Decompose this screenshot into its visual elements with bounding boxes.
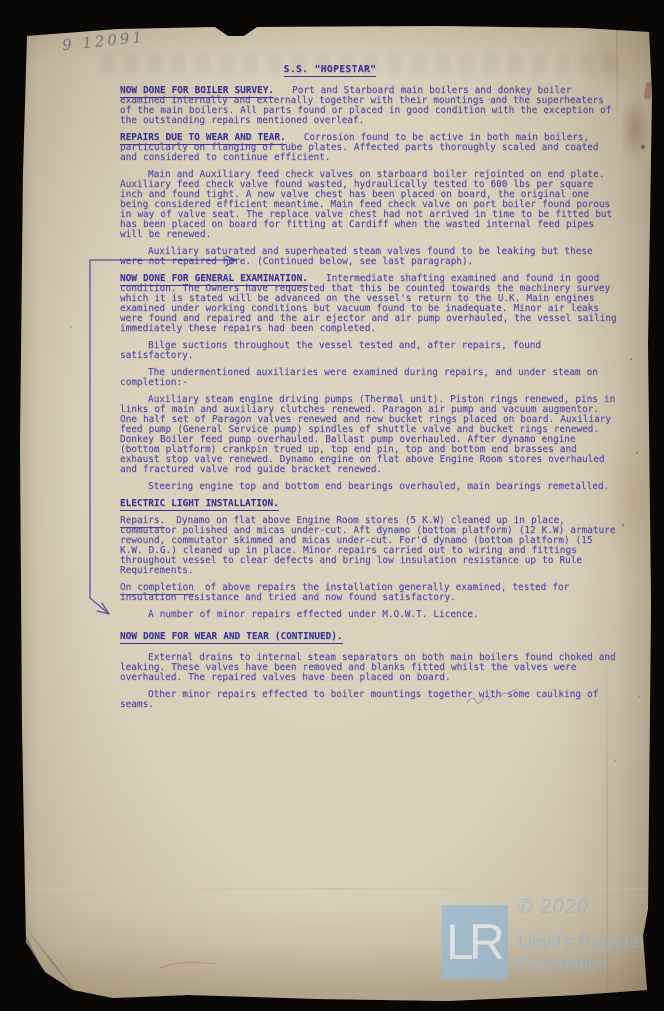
paragraph-text: Auxiliary saturated and superheated stea… <box>120 246 593 267</box>
paragraph-text: Auxiliary steam engine driving pumps (Th… <box>120 394 615 475</box>
paragraph-boiler-survey: NOW DONE FOR BOILER SURVEY. Port and Sta… <box>120 86 620 126</box>
paragraph-text: Other minor repairs effected to boiler m… <box>120 689 598 710</box>
paragraph-text: A number of minor repairs effected under… <box>148 609 479 620</box>
heading-electric-light: ELECTRIC LIGHT INSTALLATION. <box>120 499 620 509</box>
crease <box>18 888 652 890</box>
handwritten-reference: 9 12091 <box>61 28 145 55</box>
ship-name: S.S. "HOPESTAR" <box>284 64 377 77</box>
paragraph-text: Intermediate shafting examined and found… <box>120 273 617 334</box>
red-pencil-mark <box>160 962 215 968</box>
watermark-organisation: Lloyd's Register Foundation <box>518 932 664 975</box>
paper-specks <box>18 24 20 26</box>
paragraph-steering-engine: Steering engine top and bottom end beari… <box>120 482 620 492</box>
paragraph-electric-repairs: Repairs. Dynamo on flat above Engine Roo… <box>120 516 620 576</box>
paragraph-repairs-wear-tear: REPAIRS DUE TO WEAR AND TEAR. Corrosion … <box>120 133 620 163</box>
paragraph-on-completion: On completion of above repairs the insta… <box>120 583 620 603</box>
paragraph-bilge-suctions: Bilge suctions throughout the vessel tes… <box>120 341 620 361</box>
paragraph-auxiliaries-intro: The undermentioned auxiliaries were exam… <box>120 368 620 388</box>
lloyds-register-logo: LR <box>442 905 508 979</box>
paragraph-text: The undermentioned auxiliaries were exam… <box>120 367 598 388</box>
crease <box>10 907 56 998</box>
paragraph-external-drains: External drains to internal steam separa… <box>120 653 620 683</box>
paragraph-text: External drains to internal steam separa… <box>120 652 616 683</box>
document-page: 9 12091 S.S. "HOPESTAR" NOW DONE FOR BOI… <box>18 24 652 1003</box>
section-heading: NOW DONE FOR WEAR AND TEAR (CONTINUED). <box>120 631 343 644</box>
paragraph-other-minor-repairs: Other minor repairs effected to boiler m… <box>120 690 620 710</box>
paragraph-mowt-licence: A number of minor repairs effected under… <box>120 610 620 620</box>
watermark-copyright: © 2020 <box>518 896 589 919</box>
stain <box>618 94 652 164</box>
paragraph-text: Bilge suctions throughout the vessel tes… <box>120 340 541 361</box>
heading-wear-tear-continued: NOW DONE FOR WEAR AND TEAR (CONTINUED). <box>120 632 620 642</box>
page-title: S.S. "HOPESTAR" <box>120 64 540 75</box>
lr-logo-letters: LR <box>446 913 500 971</box>
document-body: NOW DONE FOR BOILER SURVEY. Port and Sta… <box>120 86 620 717</box>
photo-backdrop: { "annotations": { "handwritten_ref": "9… <box>0 0 664 1011</box>
section-heading: ELECTRIC LIGHT INSTALLATION. <box>120 498 279 511</box>
watermark-org-line1: Lloyd's Register <box>518 932 664 954</box>
paragraph-general-examination: NOW DONE FOR GENERAL EXAMINATION. Interm… <box>120 274 620 334</box>
edge-mark <box>644 82 654 100</box>
crease <box>26 928 81 997</box>
paragraph-feed-check-valves: Main and Auxiliary feed check valves on … <box>120 170 620 240</box>
paragraph-text: Dynamo on flat above Engine Room stores … <box>120 515 615 576</box>
paragraph-steam-valves: Auxiliary saturated and superheated stea… <box>120 247 620 267</box>
watermark-org-line2: Foundation <box>518 954 664 976</box>
paragraph-auxiliaries-detail: Auxiliary steam engine driving pumps (Th… <box>120 395 620 475</box>
paragraph-text: Steering engine top and bottom end beari… <box>148 481 609 492</box>
paragraph-text: Main and Auxiliary feed check valves on … <box>120 169 612 240</box>
